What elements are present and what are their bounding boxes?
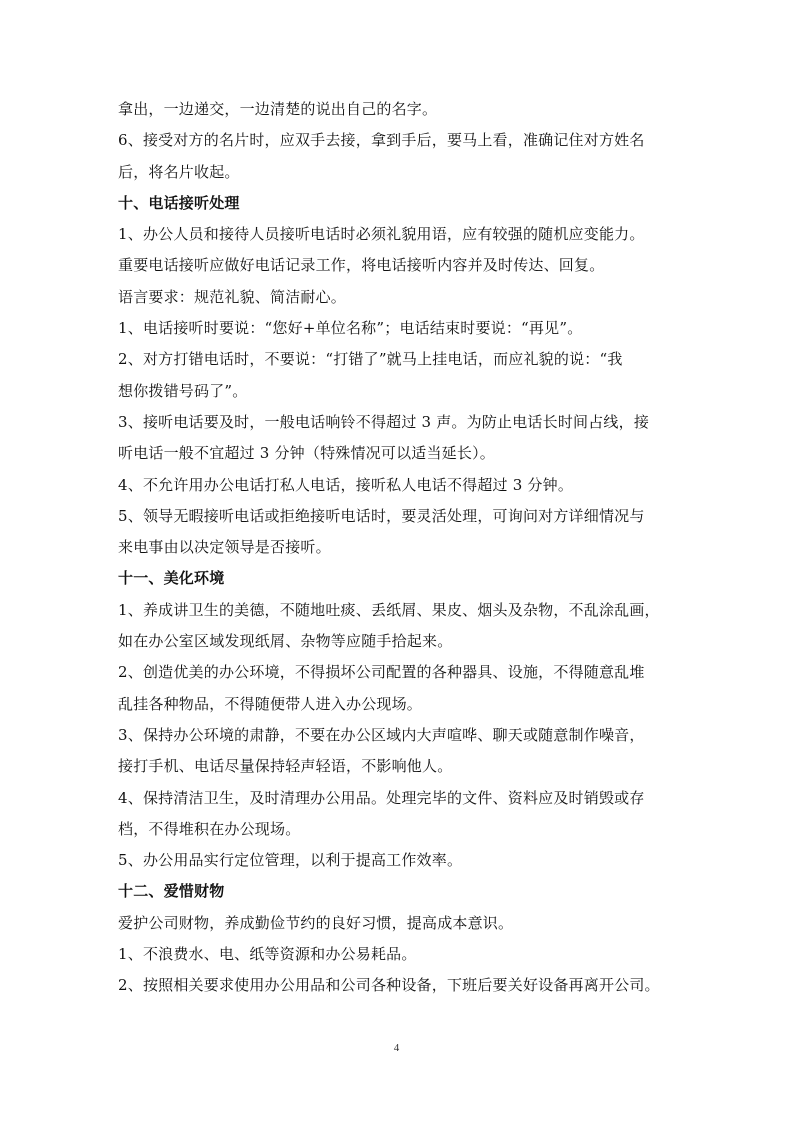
paragraph-line: 6、接受对方的名片时，应双手去接，拿到手后，要马上看，准确记住对方姓名 [118,125,680,156]
paragraph-line: 3、保持办公环境的肃静，不要在办公区域内大声喧哗、聊天或随意制作噪音， [118,720,680,751]
paragraph-line: 5、办公用品实行定位管理，以利于提高工作效率。 [118,845,680,876]
paragraph-line: 3、接听电话要及时，一般电话响铃不得超过 3 声。为防止电话长时间占线，接 [118,407,680,438]
paragraph-line: 乱挂各种物品，不得随便带人进入办公现场。 [118,689,680,720]
paragraph-line: 1、电话接听时要说：“您好+单位名称”；电话结束时要说：“再见”。 [118,313,680,344]
paragraph-line: 1、不浪费水、电、纸等资源和办公易耗品。 [118,939,680,970]
paragraph-line: 1、办公人员和接待人员接听电话时必须礼貌用语，应有较强的随机应变能力。 [118,219,680,250]
paragraph-line: 档，不得堆积在办公现场。 [118,814,680,845]
paragraph-line: 接打手机、电话尽量保持轻声轻语，不影响他人。 [118,751,680,782]
paragraph-line: 听电话一般不宜超过 3 分钟（特殊情况可以适当延长）。 [118,438,680,469]
paragraph-line: 2、对方打错电话时，不要说：“打错了”就马上挂电话，而应礼貌的说：“我 [118,344,680,375]
paragraph-line: 爱护公司财物，养成勤俭节约的良好习惯，提高成本意识。 [118,908,680,939]
page-number: 4 [0,1042,793,1054]
section-heading-environment: 十一、美化环境 [118,563,680,594]
paragraph-line: 2、按照相关要求使用办公用品和公司各种设备，下班后要关好设备再离开公司。 [118,970,680,1001]
paragraph-line: 4、不允许用办公电话打私人电话，接听私人电话不得超过 3 分钟。 [118,470,680,501]
paragraph-line: 后，将名片收起。 [118,157,680,188]
paragraph-line: 如在办公室区域发现纸屑、杂物等应随手拾起来。 [118,626,680,657]
section-heading-property: 十二、爱惜财物 [118,876,680,907]
paragraph-line: 想你拨错号码了”。 [118,376,680,407]
paragraph-line: 语言要求：规范礼貌、简洁耐心。 [118,282,680,313]
paragraph-line: 5、领导无暇接听电话或拒绝接听电话时，要灵活处理，可询问对方详细情况与 [118,501,680,532]
paragraph-line: 2、创造优美的办公环境，不得损坏公司配置的各种器具、设施，不得随意乱堆 [118,657,680,688]
page-body: 拿出，一边递交，一边清楚的说出自己的名字。 6、接受对方的名片时，应双手去接，拿… [118,94,680,1002]
document-page: 拿出，一边递交，一边清楚的说出自己的名字。 6、接受对方的名片时，应双手去接，拿… [0,0,793,1122]
paragraph-line: 来电事由以决定领导是否接听。 [118,532,680,563]
paragraph-line: 拿出，一边递交，一边清楚的说出自己的名字。 [118,94,680,125]
paragraph-line: 1、养成讲卫生的美德，不随地吐痰、丢纸屑、果皮、烟头及杂物，不乱涂乱画， [118,595,680,626]
section-heading-phone: 十、电话接听处理 [118,188,680,219]
paragraph-line: 重要电话接听应做好电话记录工作，将电话接听内容并及时传达、回复。 [118,250,680,281]
paragraph-line: 4、保持清洁卫生，及时清理办公用品。处理完毕的文件、资料应及时销毁或存 [118,783,680,814]
